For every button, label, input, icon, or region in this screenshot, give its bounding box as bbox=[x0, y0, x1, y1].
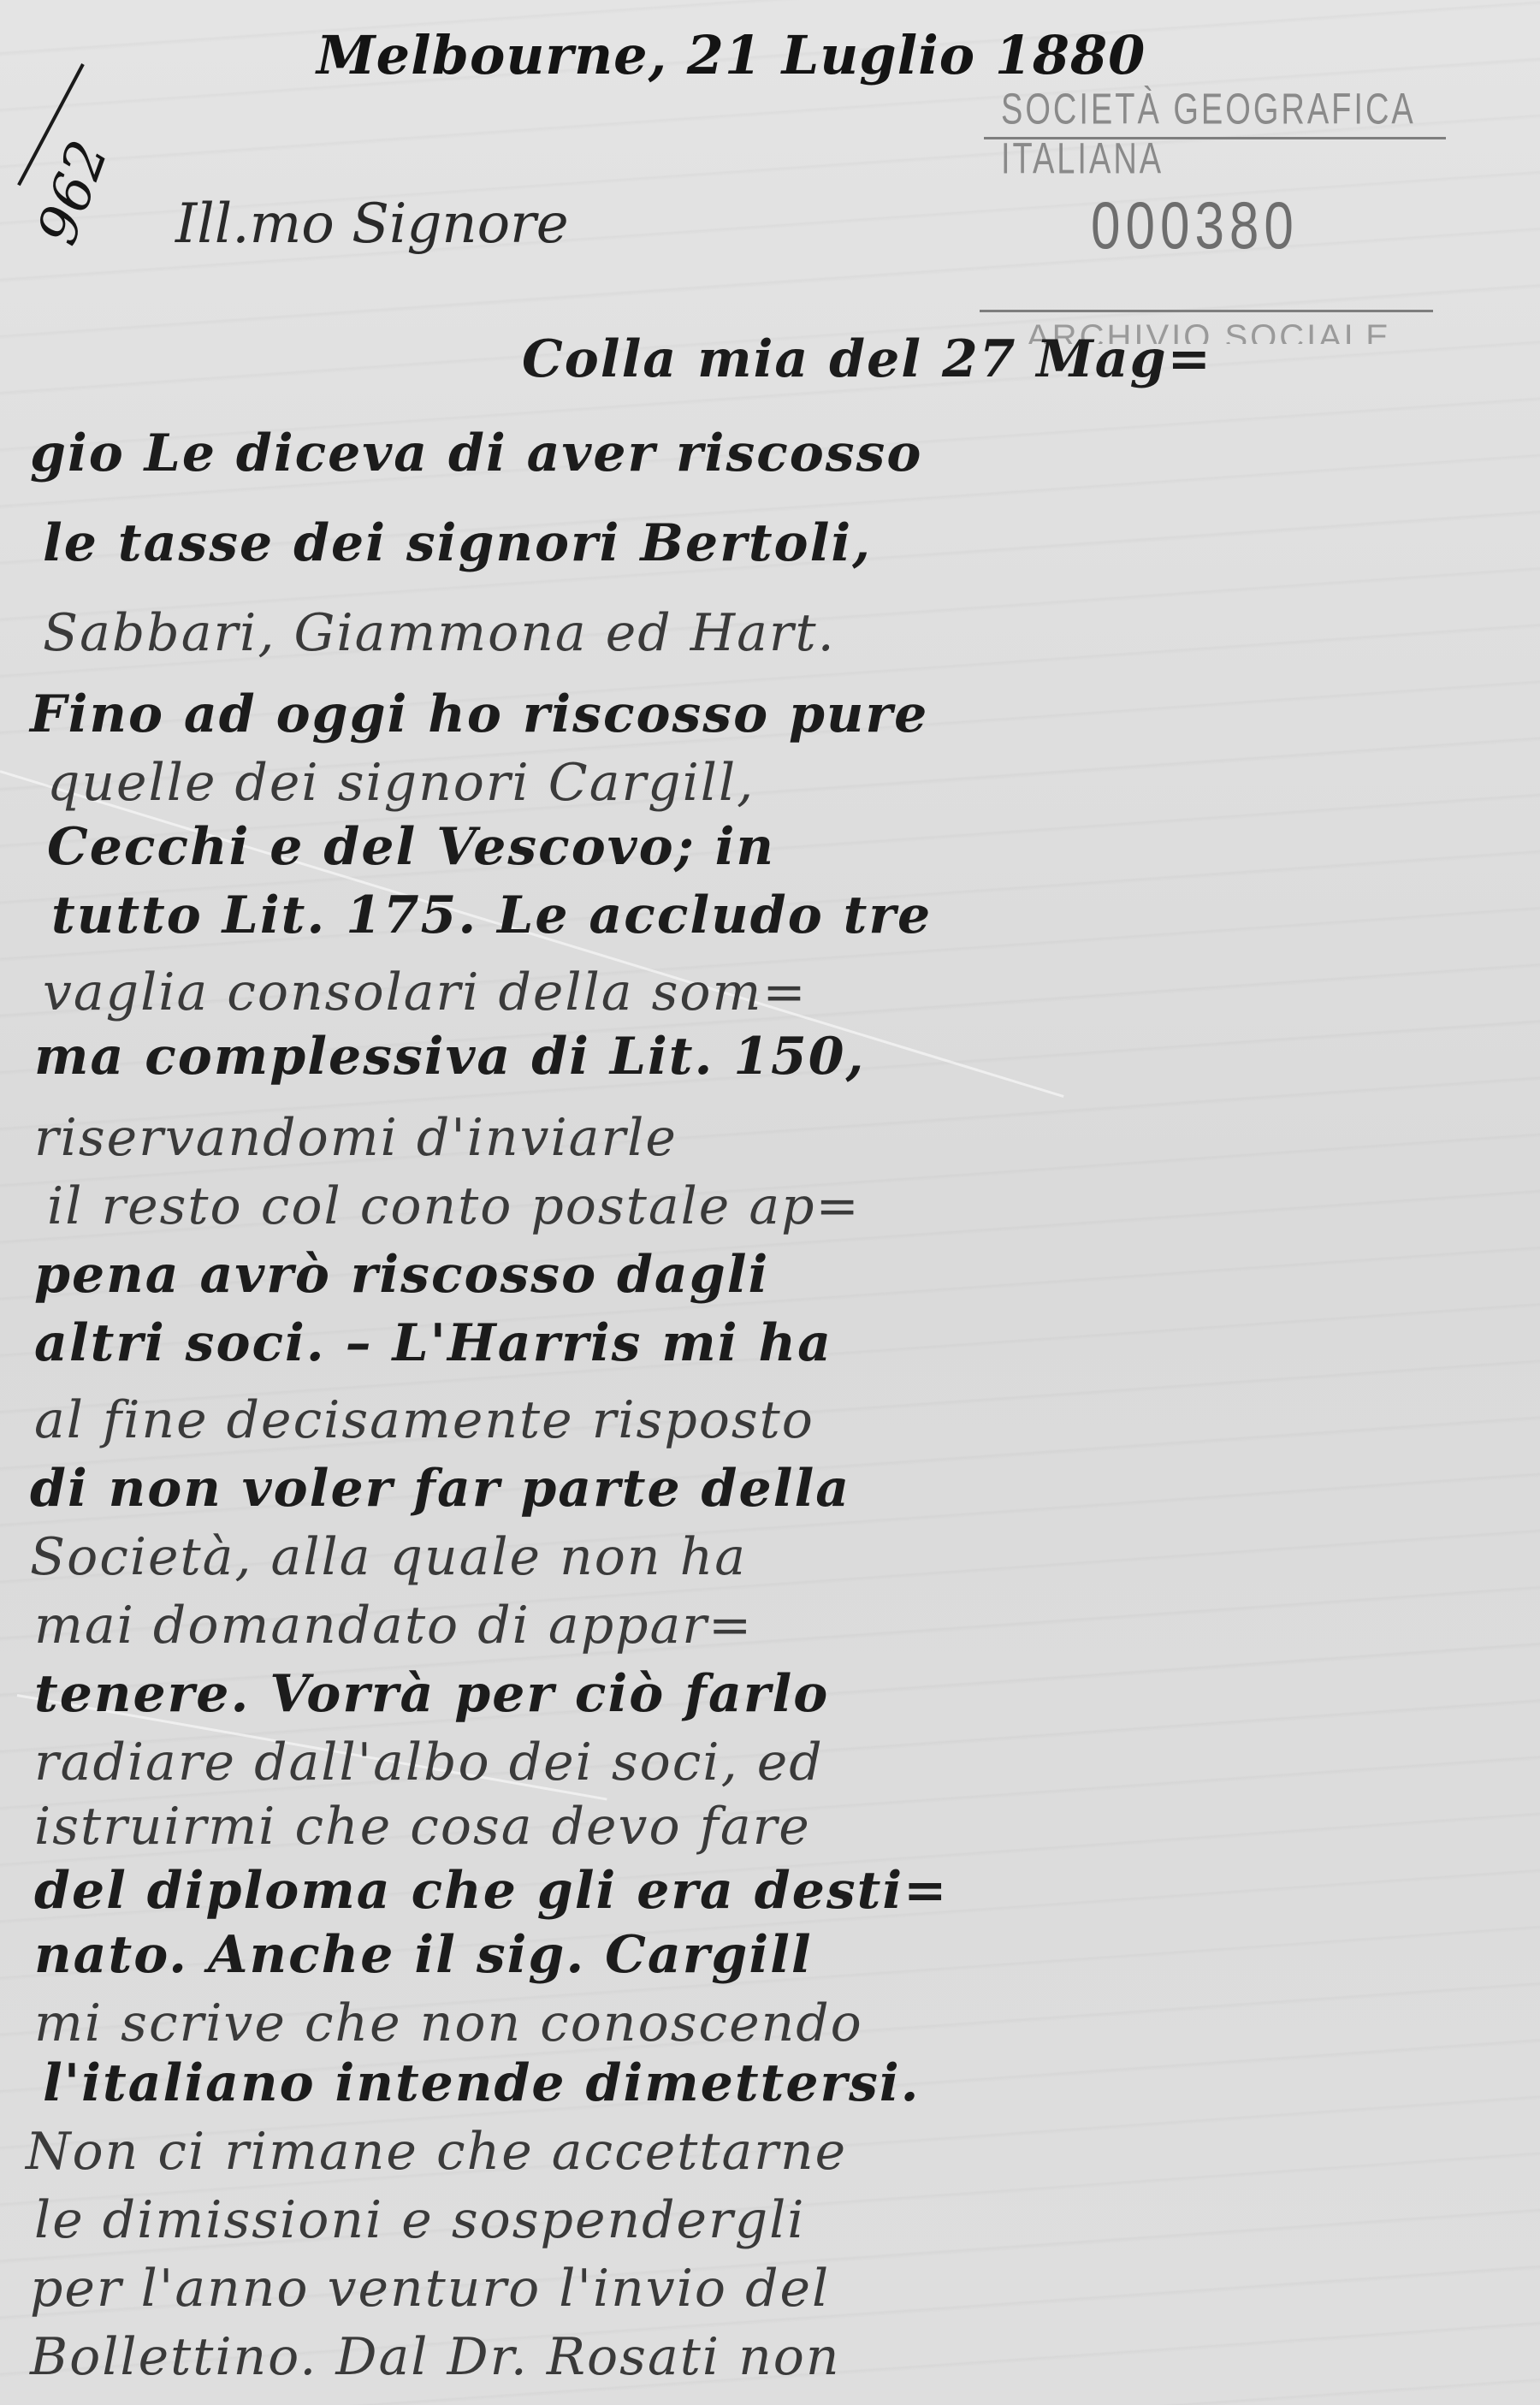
letter-line: ma complessiva di Lit. 150, bbox=[34, 1027, 865, 1087]
letter-line: al fine decisamente risposto bbox=[34, 1390, 814, 1450]
letter-line: le tasse dei signori Bertoli, bbox=[43, 513, 872, 573]
letter-line: nato. Anche il sig. Cargill bbox=[34, 1925, 813, 1985]
letter-line: vaglia consolari della som= bbox=[43, 963, 808, 1022]
salutation: Ill.mo Signore bbox=[175, 193, 569, 256]
letter-line: mi scrive che non conoscendo bbox=[34, 1993, 863, 2053]
letter-line: pena avrò riscosso dagli bbox=[34, 1245, 769, 1305]
letter-line: le dimissioni e sospendergli bbox=[34, 2190, 805, 2250]
letter-line: Società, alla quale non ha bbox=[30, 1527, 747, 1587]
letter-line: del diploma che gli era desti= bbox=[34, 1861, 948, 1921]
archive-number: 962 bbox=[26, 133, 121, 252]
letter-line: istruirmi che cosa devo fare bbox=[34, 1797, 811, 1857]
stamp-rule bbox=[980, 310, 1433, 312]
letter-line: l'italiano intende dimettersi. bbox=[43, 2053, 921, 2113]
letter-line: quelle dei signori Cargill, bbox=[47, 753, 755, 813]
letter-line: Fino ad oggi ho riscosso pure bbox=[30, 684, 928, 744]
letter-line: tenere. Vorrà per ciò farlo bbox=[34, 1664, 829, 1724]
dateline: Melbourne, 21 Luglio 1880 bbox=[317, 24, 1146, 86]
letter-line: altri soci. – L'Harris mi ha bbox=[34, 1313, 832, 1373]
letter-line: Cecchi e del Vescovo; in bbox=[47, 817, 775, 877]
letter-line: riservandomi d'inviarle bbox=[34, 1108, 678, 1168]
letter-line: Sabbari, Giammona ed Hart. bbox=[43, 603, 836, 663]
archive-stamp: SOCIETÀ GEOGRAFICA ITALIANA 000380 ARCHI… bbox=[980, 86, 1459, 342]
letter-line: Non ci rimane che accettarne bbox=[26, 2122, 847, 2182]
letter-line: Bollettino. Dal Dr. Rosati non bbox=[30, 2327, 841, 2387]
letter-line: radiare dall'albo dei soci, ed bbox=[34, 1733, 824, 1792]
letter-page: 962 Melbourne, 21 Luglio 1880 SOCIETÀ GE… bbox=[0, 0, 1540, 2405]
letter-line: di non voler far parte della bbox=[30, 1459, 850, 1519]
letter-line: mai domandato di appar= bbox=[34, 1596, 753, 1656]
letter-line: per l'anno venturo l'invio del bbox=[30, 2259, 830, 2319]
letter-line: gio Le diceva di aver riscosso bbox=[30, 424, 922, 483]
letter-line: tutto Lit. 175. Le accludo tre bbox=[51, 886, 932, 945]
stamp-rule bbox=[984, 137, 1446, 139]
stamp-number: 000380 bbox=[1091, 188, 1299, 264]
letter-line: Colla mia del 27 Mag= bbox=[522, 329, 1212, 389]
letter-line: il resto col conto postale ap= bbox=[47, 1176, 861, 1236]
stamp-organization: SOCIETÀ GEOGRAFICA ITALIANA bbox=[1001, 86, 1459, 185]
